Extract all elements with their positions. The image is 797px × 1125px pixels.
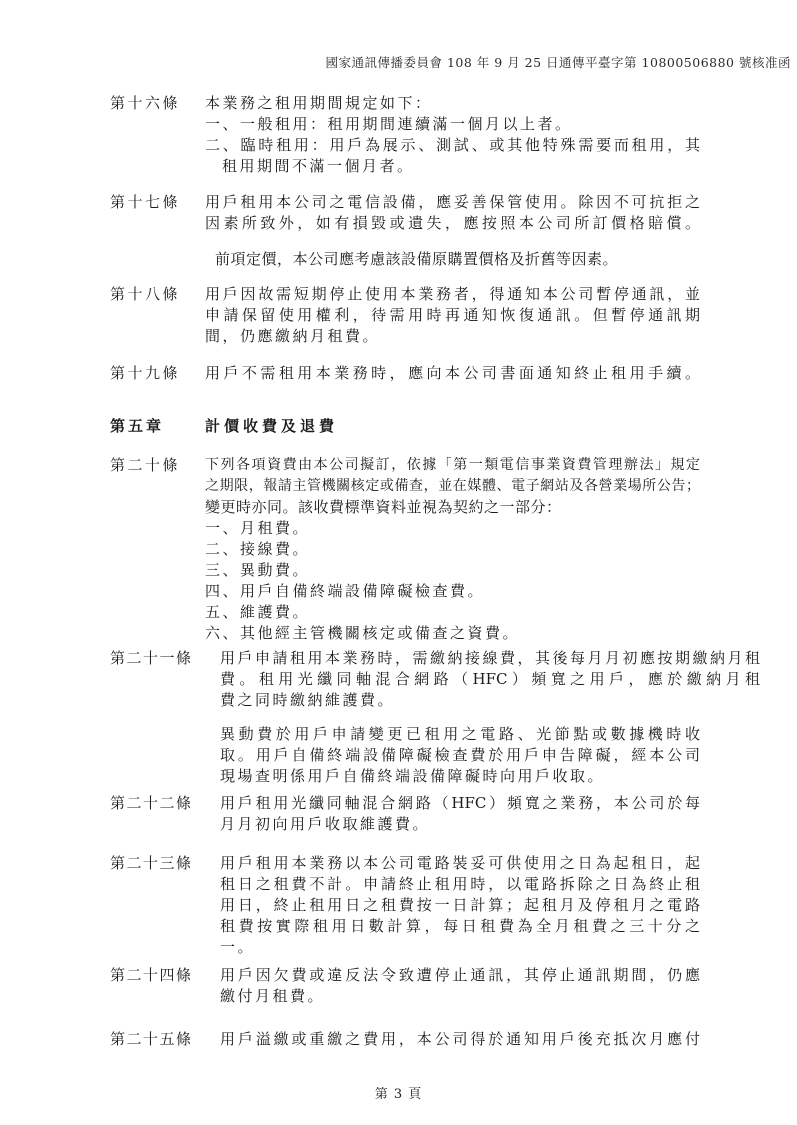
paragraph: 用戶租用本公司之電信設備，應妥善保管使用。除因不可抗拒之 因素所致外，如有損毀或… xyxy=(205,192,700,234)
article-23: 第二十三條 用戶租用本業務以本公司電路裝妥可供使用之日為起租日，起 租日之租費不… xyxy=(110,853,700,958)
text-line: 下列各項資費由本公司擬訂，依據「第一類電信事業資費管理辦法」規定 xyxy=(205,455,700,476)
text-line: 用戶租用本業務以本公司電路裝妥可供使用之日為起租日，起 xyxy=(220,853,700,874)
paragraph: 用戶因故需短期停止使用本業務者，得通知本公司暫停通訊，並 申請保留使用權利，待需… xyxy=(205,284,700,347)
chapter-number: 第五章 xyxy=(110,416,205,437)
article-22: 第二十二條 用戶租用光纖同軸混合網路（HFC）頻寬之業務，本公司於每 月月初向用… xyxy=(110,793,700,835)
chapter-title: 計價收費及退費 xyxy=(205,416,338,437)
text-line: 用戶租用光纖同軸混合網路（HFC）頻寬之業務，本公司於每 xyxy=(220,793,700,814)
article-body: 用戶因欠費或違反法令致遭停止通訊，其停止通訊期間，仍應 繳付月租費。 xyxy=(220,965,700,1007)
text-line: 費之同時繳納維護費。 xyxy=(220,690,760,711)
text-line: 用戶不需租用本業務時，應向本公司書面通知終止租用手續。 xyxy=(205,363,700,384)
text-line: 現場查明係用戶自備終端設備障礙時向用戶收取。 xyxy=(220,766,700,787)
list-item: 四、用戶自備終端設備障礙檢查費。 xyxy=(205,581,700,602)
paragraph: 用戶不需租用本業務時，應向本公司書面通知終止租用手續。 xyxy=(205,363,700,384)
list-item: 三、異動費。 xyxy=(205,560,700,581)
text-line: 本業務之租用期間規定如下： xyxy=(205,93,700,114)
text-line: 用戶因故需短期停止使用本業務者，得通知本公司暫停通訊，並 xyxy=(205,284,700,305)
article-number: 第十六條 xyxy=(110,93,205,114)
article-20: 第二十條 下列各項資費由本公司擬訂，依據「第一類電信事業資費管理辦法」規定 之期… xyxy=(110,455,700,644)
article-body: 用戶租用光纖同軸混合網路（HFC）頻寬之業務，本公司於每 月月初向用戶收取維護費… xyxy=(220,793,700,835)
article-17: 第十七條 用戶租用本公司之電信設備，應妥善保管使用。除因不可抗拒之 因素所致外，… xyxy=(110,192,700,270)
text-line: 因素所致外，如有損毀或遺失，應按照本公司所訂價格賠償。 xyxy=(205,213,700,234)
list-item: 一、月租費。 xyxy=(205,518,700,539)
approval-header: 國家通訊傳播委員會 108 年 9 月 25 日通傳平臺字第 108005068… xyxy=(326,53,792,71)
text-line: 用戶租用本公司之電信設備，應妥善保管使用。除因不可抗拒之 xyxy=(205,192,700,213)
text-line: 變更時亦同。該收費標準資料並視為契約之一部分： xyxy=(205,497,700,518)
paragraph: 用戶溢繳或重繳之費用，本公司得於通知用戶後充抵次月應付 xyxy=(220,1029,700,1050)
text-line: 異動費於用戶申請變更已租用之電路、光節點或數據機時收 xyxy=(220,724,700,745)
article-body: 本業務之租用期間規定如下： 一、一般租用：租用期間連續滿一個月以上者。 二、臨時… xyxy=(205,93,700,177)
text-line: 一、一般租用：租用期間連續滿一個月以上者。 xyxy=(205,114,700,135)
text-line: 間，仍應繳納月租費。 xyxy=(205,326,700,347)
text-line: 用日，終止租用日之租費按一日計算；起租月及停租月之電路 xyxy=(220,895,700,916)
text-line: 繳付月租費。 xyxy=(220,986,700,1007)
text-line: 取。用戶自備終端設備障礙檢查費於用戶申告障礙，經本公司 xyxy=(220,745,700,766)
article-25: 第二十五條 用戶溢繳或重繳之費用，本公司得於通知用戶後充抵次月應付 xyxy=(110,1029,700,1050)
document-page: 國家通訊傳播委員會 108 年 9 月 25 日通傳平臺字第 108005068… xyxy=(0,0,797,1125)
text-line: 租日之租費不計。申請終止租用時，以電路拆除之日為終止租 xyxy=(220,874,700,895)
article-number: 第二十條 xyxy=(110,455,205,476)
article-body: 用戶租用本業務以本公司電路裝妥可供使用之日為起租日，起 租日之租費不計。申請終止… xyxy=(220,853,700,958)
list-item: 二、接線費。 xyxy=(205,539,700,560)
article-19: 第十九條 用戶不需租用本業務時，應向本公司書面通知終止租用手續。 xyxy=(110,363,700,384)
text-line: 之期限，報請主管機關核定或備查，並在媒體、電子網站及各營業場所公告； xyxy=(205,476,700,497)
paragraph: 用戶租用光纖同軸混合網路（HFC）頻寬之業務，本公司於每 月月初向用戶收取維護費… xyxy=(220,793,700,835)
article-number: 第十九條 xyxy=(110,363,205,384)
list-item: 五、維護費。 xyxy=(205,602,700,623)
article-number: 第十七條 xyxy=(110,192,205,213)
text-line: 一。 xyxy=(220,937,700,958)
chapter-heading: 第五章 計價收費及退費 xyxy=(110,416,338,437)
article-21: 第二十一條 用戶申請租用本業務時，需繳納接線費，其後每月月初應按期繳納月租 費。… xyxy=(110,648,700,787)
article-number: 第二十一條 xyxy=(110,648,220,669)
article-number: 第二十五條 xyxy=(110,1029,220,1050)
text-line: 租費按實際租用日數計算，每日租費為全月租費之三十分之 xyxy=(220,916,700,937)
paragraph: 本業務之租用期間規定如下： 一、一般租用：租用期間連續滿一個月以上者。 二、臨時… xyxy=(205,93,700,177)
text-line: 月月初向用戶收取維護費。 xyxy=(220,814,700,835)
text-line: 申請保留使用權利，待需用時再通知恢復通訊。但暫停通訊期 xyxy=(205,305,700,326)
article-body: 用戶申請租用本業務時，需繳納接線費，其後每月月初應按期繳納月租 費。租用光纖同軸… xyxy=(220,648,700,787)
article-body: 用戶溢繳或重繳之費用，本公司得於通知用戶後充抵次月應付 xyxy=(220,1029,700,1050)
text-line: 用戶因欠費或違反法令致遭停止通訊，其停止通訊期間，仍應 xyxy=(220,965,700,986)
article-number: 第二十三條 xyxy=(110,853,220,874)
list-item: 六、其他經主管機關核定或備查之資費。 xyxy=(205,623,700,644)
text-line: 費。租用光纖同軸混合網路（HFC）頻寬之用戶，應於繳納月租 xyxy=(220,669,760,690)
article-body: 用戶租用本公司之電信設備，應妥善保管使用。除因不可抗拒之 因素所致外，如有損毀或… xyxy=(205,192,700,270)
article-24: 第二十四條 用戶因欠費或違反法令致遭停止通訊，其停止通訊期間，仍應 繳付月租費。 xyxy=(110,965,700,1007)
text-line: 用戶申請租用本業務時，需繳納接線費，其後每月月初應按期繳納月租 xyxy=(220,648,760,669)
paragraph: 用戶因欠費或違反法令致遭停止通訊，其停止通訊期間，仍應 繳付月租費。 xyxy=(220,965,700,1007)
article-number: 第二十二條 xyxy=(110,793,220,814)
article-body: 用戶因故需短期停止使用本業務者，得通知本公司暫停通訊，並 申請保留使用權利，待需… xyxy=(205,284,700,347)
paragraph: 異動費於用戶申請變更已租用之電路、光節點或數據機時收 取。用戶自備終端設備障礙檢… xyxy=(220,724,700,787)
text-line: 用戶溢繳或重繳之費用，本公司得於通知用戶後充抵次月應付 xyxy=(220,1029,700,1050)
paragraph: 下列各項資費由本公司擬訂，依據「第一類電信事業資費管理辦法」規定 之期限，報請主… xyxy=(205,455,700,644)
article-16: 第十六條 本業務之租用期間規定如下： 一、一般租用：租用期間連續滿一個月以上者。… xyxy=(110,93,700,177)
text-line: 二、臨時租用：用戶為展示、測試、或其他特殊需要而租用，其 xyxy=(205,135,700,156)
paragraph: 用戶申請租用本業務時，需繳納接線費，其後每月月初應按期繳納月租 費。租用光纖同軸… xyxy=(220,648,760,711)
paragraph: 前項定價，本公司應考慮該設備原購置價格及折舊等因素。 xyxy=(205,249,700,270)
text-line: 前項定價，本公司應考慮該設備原購置價格及折舊等因素。 xyxy=(205,249,700,270)
article-number: 第二十四條 xyxy=(110,965,220,986)
article-18: 第十八條 用戶因故需短期停止使用本業務者，得通知本公司暫停通訊，並 申請保留使用… xyxy=(110,284,700,347)
text-line: 租用期間不滿一個月者。 xyxy=(205,156,700,177)
article-number: 第十八條 xyxy=(110,284,205,305)
article-body: 下列各項資費由本公司擬訂，依據「第一類電信事業資費管理辦法」規定 之期限，報請主… xyxy=(205,455,700,644)
paragraph: 用戶租用本業務以本公司電路裝妥可供使用之日為起租日，起 租日之租費不計。申請終止… xyxy=(220,853,700,958)
page-number: 第 3 頁 xyxy=(0,1083,797,1102)
article-body: 用戶不需租用本業務時，應向本公司書面通知終止租用手續。 xyxy=(205,363,700,384)
